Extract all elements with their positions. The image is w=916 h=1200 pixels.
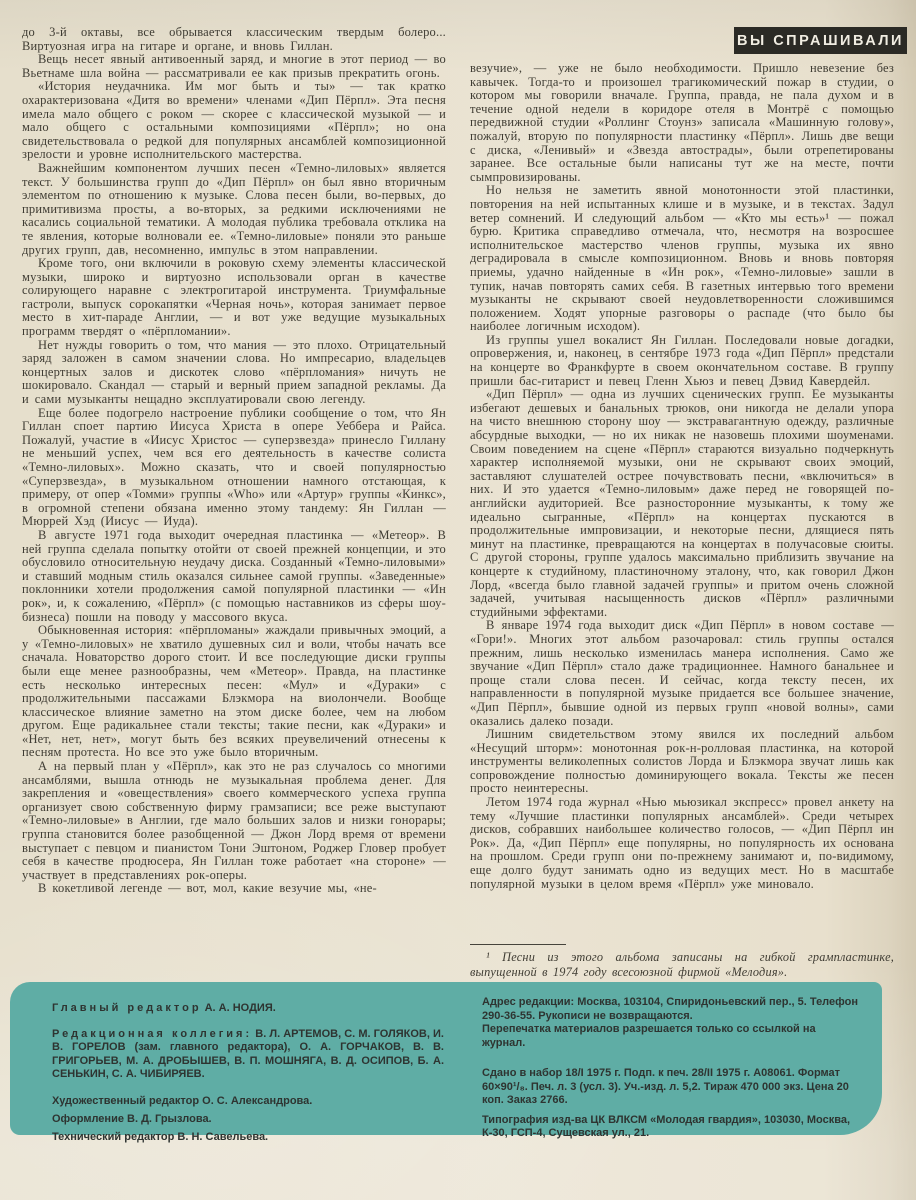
paragraph: везучие», — уже не было необходимости. П… bbox=[470, 62, 894, 184]
colophon-panel: Главный редактор А. А. НОДИЯ. Редакционн… bbox=[10, 982, 882, 1135]
address-line: Адрес редакции: Москва, 103104, Спиридон… bbox=[482, 996, 860, 1023]
paragraph: Кроме того, они включили в роковую схему… bbox=[22, 257, 446, 339]
right-column-body: везучие», — уже не было необходимости. П… bbox=[470, 62, 894, 891]
paragraph: «История неудачника. Им мог быть и ты» —… bbox=[22, 80, 446, 162]
printer-line: Типография изд-ва ЦК ВЛКСМ «Молодая гвар… bbox=[482, 1114, 860, 1141]
footnote-rule bbox=[470, 944, 566, 945]
magazine-page: ВЫ СПРАШИВАЛИ до 3-й октавы, все обрывае… bbox=[0, 0, 916, 1200]
paragraph: В январе 1974 года выходит диск «Дип Пёр… bbox=[470, 619, 894, 728]
paragraph: Летом 1974 года журнал «Нью мьюзикал экс… bbox=[470, 796, 894, 891]
right-column: везучие», — уже не было необходимости. П… bbox=[470, 62, 894, 980]
footnote-block: ¹ Песни из этого альбома записаны на гиб… bbox=[470, 938, 894, 980]
editorial-board-line: Редакционная коллегия: В. Л. АРТЕМОВ, С.… bbox=[52, 1028, 444, 1082]
colophon-editors: Главный редактор А. А. НОДИЯ. Редакционн… bbox=[52, 1002, 444, 1149]
chief-editor-label: Главный редактор bbox=[52, 1002, 202, 1014]
paragraph: В кокетливой легенде — вот, мол, какие в… bbox=[22, 882, 446, 896]
section-badge: ВЫ СПРАШИВАЛИ bbox=[734, 27, 907, 54]
colophon-imprint: Адрес редакции: Москва, 103104, Спиридон… bbox=[482, 996, 860, 1141]
design-line: Оформление В. Д. Грызлова. bbox=[52, 1113, 444, 1127]
paragraph: Обыкновенная история: «пёрпломаны» жажда… bbox=[22, 624, 446, 760]
art-editor-line: Художественный редактор О. С. Александро… bbox=[52, 1095, 444, 1109]
print-info-line: Сдано в набор 18/I 1975 г. Подп. к печ. … bbox=[482, 1067, 860, 1108]
paragraph: Вещь несет явный антивоенный заряд, и мн… bbox=[22, 53, 446, 80]
paragraph: Из группы ушел вокалист Ян Гиллан. После… bbox=[470, 334, 894, 388]
paragraph: Еще более подогрело настроение публики с… bbox=[22, 407, 446, 529]
paragraph: Нет нужды говорить о том, что мания — эт… bbox=[22, 339, 446, 407]
paragraph: А на первый план у «Пёрпл», как это не р… bbox=[22, 760, 446, 882]
chief-editor-name: А. А. НОДИЯ. bbox=[205, 1002, 276, 1014]
reprint-line: Перепечатка материалов разрешается тольк… bbox=[482, 1023, 860, 1050]
section-badge-label: ВЫ СПРАШИВАЛИ bbox=[737, 33, 904, 49]
paragraph: Но нельзя не заметить явной монотонности… bbox=[470, 184, 894, 334]
paragraph: Лишним свидетельством этому явился их по… bbox=[470, 728, 894, 796]
tech-editor-line: Технический редактор В. Н. Савельева. bbox=[52, 1131, 444, 1145]
left-column: до 3-й октавы, все обрывается классическ… bbox=[22, 26, 446, 896]
editorial-board-label: Редакционная коллегия: bbox=[52, 1028, 252, 1040]
footnote: ¹ Песни из этого альбома записаны на гиб… bbox=[470, 950, 894, 980]
paragraph: В августе 1971 года выходит очередная пл… bbox=[22, 529, 446, 624]
chief-editor-line: Главный редактор А. А. НОДИЯ. bbox=[52, 1002, 444, 1016]
paragraph: «Дип Пёрпл» — одна из лучших сценических… bbox=[470, 388, 894, 619]
paragraph: до 3-й октавы, все обрывается классическ… bbox=[22, 26, 446, 53]
paragraph: Важнейшим компонентом лучших песен «Темн… bbox=[22, 162, 446, 257]
